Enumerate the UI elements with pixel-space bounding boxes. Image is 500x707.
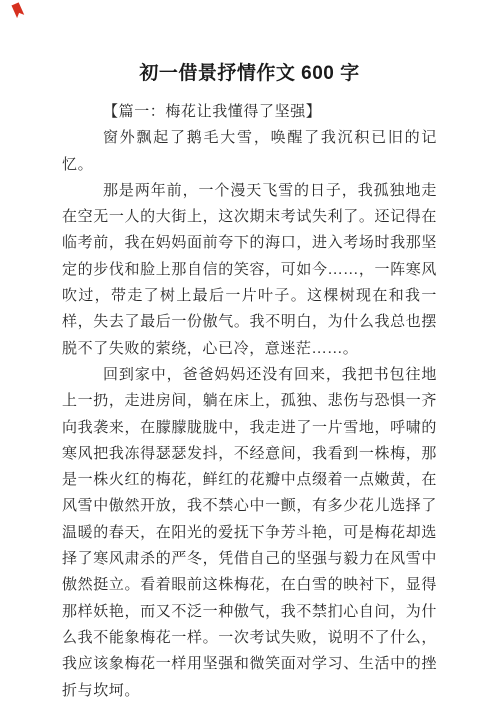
essay-body: 【篇一：梅花让我懂得了坚强】 窗外飘起了鹅毛大雪，唤醒了我沉积已旧的记忆。 那是… — [62, 99, 437, 704]
red-ribbon-bookmark-icon — [10, 2, 26, 19]
section-heading: 【篇一：梅花让我懂得了坚强】 — [62, 99, 437, 125]
essay-title: 初一借景抒情作文 600 字 — [62, 59, 437, 89]
document-page: 初一借景抒情作文 600 字 【篇一：梅花让我懂得了坚强】 窗外飘起了鹅毛大雪，… — [0, 0, 500, 707]
essay-paragraph: 那是两年前，一个漫天飞雪的日子，我孤独地走在空无一人的大街上，这次期末考试失利了… — [62, 178, 437, 362]
essay-paragraph: 窗外飘起了鹅毛大雪，唤醒了我沉积已旧的记忆。 — [62, 125, 437, 178]
essay-content: 初一借景抒情作文 600 字 【篇一：梅花让我懂得了坚强】 窗外飘起了鹅毛大雪，… — [0, 0, 500, 704]
essay-paragraph: 回到家中，爸爸妈妈还没有回来，我把书包往地上一扔，走进房间，躺在床上，孤独、悲伤… — [62, 362, 437, 704]
